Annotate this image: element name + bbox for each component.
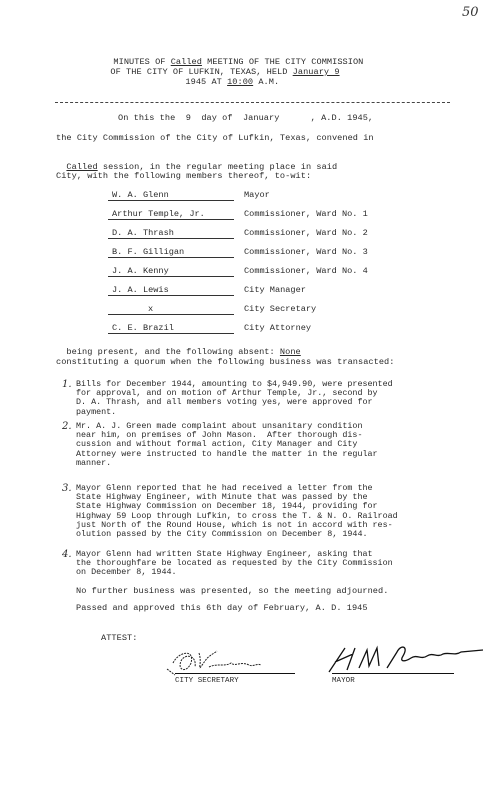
member-title: City Secretary: [244, 304, 316, 314]
minutes-item: 3. Mayor Glenn reported that he had rece…: [62, 484, 472, 539]
member-row: J. A. KennyCommissioner, Ward No. 4: [108, 266, 368, 277]
member-name: J. A. Lewis: [108, 285, 234, 296]
member-row: C. E. BrazilCity Attorney: [108, 323, 311, 334]
held-time: 10:00: [227, 77, 253, 87]
preamble-line-2: the City Commission of the City of Lufki…: [56, 133, 374, 143]
member-title: Commissioner, Ward No. 3: [244, 247, 368, 257]
adjourned-line: No further business was presented, so th…: [76, 586, 388, 596]
preamble-line-3: Called session, in the regular meeting p…: [56, 152, 337, 172]
page-number: 50: [462, 5, 479, 20]
item-number: 3.: [62, 484, 72, 493]
separator-dashed-line: [55, 102, 450, 103]
item-text: Mayor Glenn had written State Highway En…: [76, 550, 472, 578]
member-name: C. E. Brazil: [108, 323, 234, 334]
header-ampm: A.M.: [253, 77, 279, 87]
member-name: D. A. Thrash: [108, 228, 234, 239]
secretary-label: CITY SECRETARY: [175, 676, 239, 686]
member-row: xCity Secretary: [108, 304, 316, 315]
mayor-label: MAYOR: [332, 676, 355, 686]
absent-value: None: [280, 347, 301, 357]
member-title: City Manager: [244, 285, 306, 295]
secretary-signature-line: [175, 673, 295, 674]
item-number: 2.: [62, 422, 72, 431]
member-name: W. A. Glenn: [108, 190, 234, 201]
attest-label: ATTEST:: [101, 633, 137, 643]
member-title: Commissioner, Ward No. 4: [244, 266, 368, 276]
item-text: Mr. A. J. Green made complaint about uns…: [76, 422, 472, 468]
member-title: Mayor: [244, 190, 270, 200]
member-row: Arthur Temple, Jr.Commissioner, Ward No.…: [108, 209, 368, 220]
member-row: J. A. LewisCity Manager: [108, 285, 306, 296]
held-date: January 9: [293, 67, 340, 77]
member-name: Arthur Temple, Jr.: [108, 209, 234, 220]
member-row: W. A. GlennMayor: [108, 190, 270, 201]
minutes-item: 2. Mr. A. J. Green made complaint about …: [62, 422, 472, 468]
item-number: 4.: [62, 550, 72, 559]
approved-line: Passed and approved this 6th day of Febr…: [76, 603, 368, 613]
item-number: 1.: [62, 380, 72, 389]
absent-line: being present, and the following absent:…: [56, 337, 301, 357]
member-name: x: [108, 304, 234, 315]
member-title: City Attorney: [244, 323, 311, 333]
preamble-line-4: City, with the following members thereof…: [56, 171, 311, 181]
member-title: Commissioner, Ward No. 2: [244, 228, 368, 238]
absent-prefix: being present, and the following absent:: [66, 347, 280, 357]
item-text: Mayor Glenn reported that he had receive…: [76, 484, 472, 539]
member-name: J. A. Kenny: [108, 266, 234, 277]
mayor-signature-line: [332, 673, 454, 674]
quorum-line: constituting a quorum when the following…: [56, 357, 394, 367]
member-row: B. F. GilliganCommissioner, Ward No. 3: [108, 247, 368, 258]
minutes-item: 4. Mayor Glenn had written State Highway…: [62, 550, 472, 578]
item-text: Bills for December 1944, amounting to $4…: [76, 380, 472, 417]
member-name: B. F. Gilligan: [108, 247, 234, 258]
header-year: 1945 AT: [185, 77, 227, 87]
mayor-signature: [325, 640, 485, 676]
minutes-item: 1. Bills for December 1944, amounting to…: [62, 380, 472, 417]
preamble-line-1: On this the 9 day of January , A.D. 1945…: [118, 113, 373, 123]
member-title: Commissioner, Ward No. 1: [244, 209, 368, 219]
member-row: D. A. ThrashCommissioner, Ward No. 2: [108, 228, 368, 239]
header-line-3: 1945 AT 10:00 A.M.: [175, 67, 279, 87]
